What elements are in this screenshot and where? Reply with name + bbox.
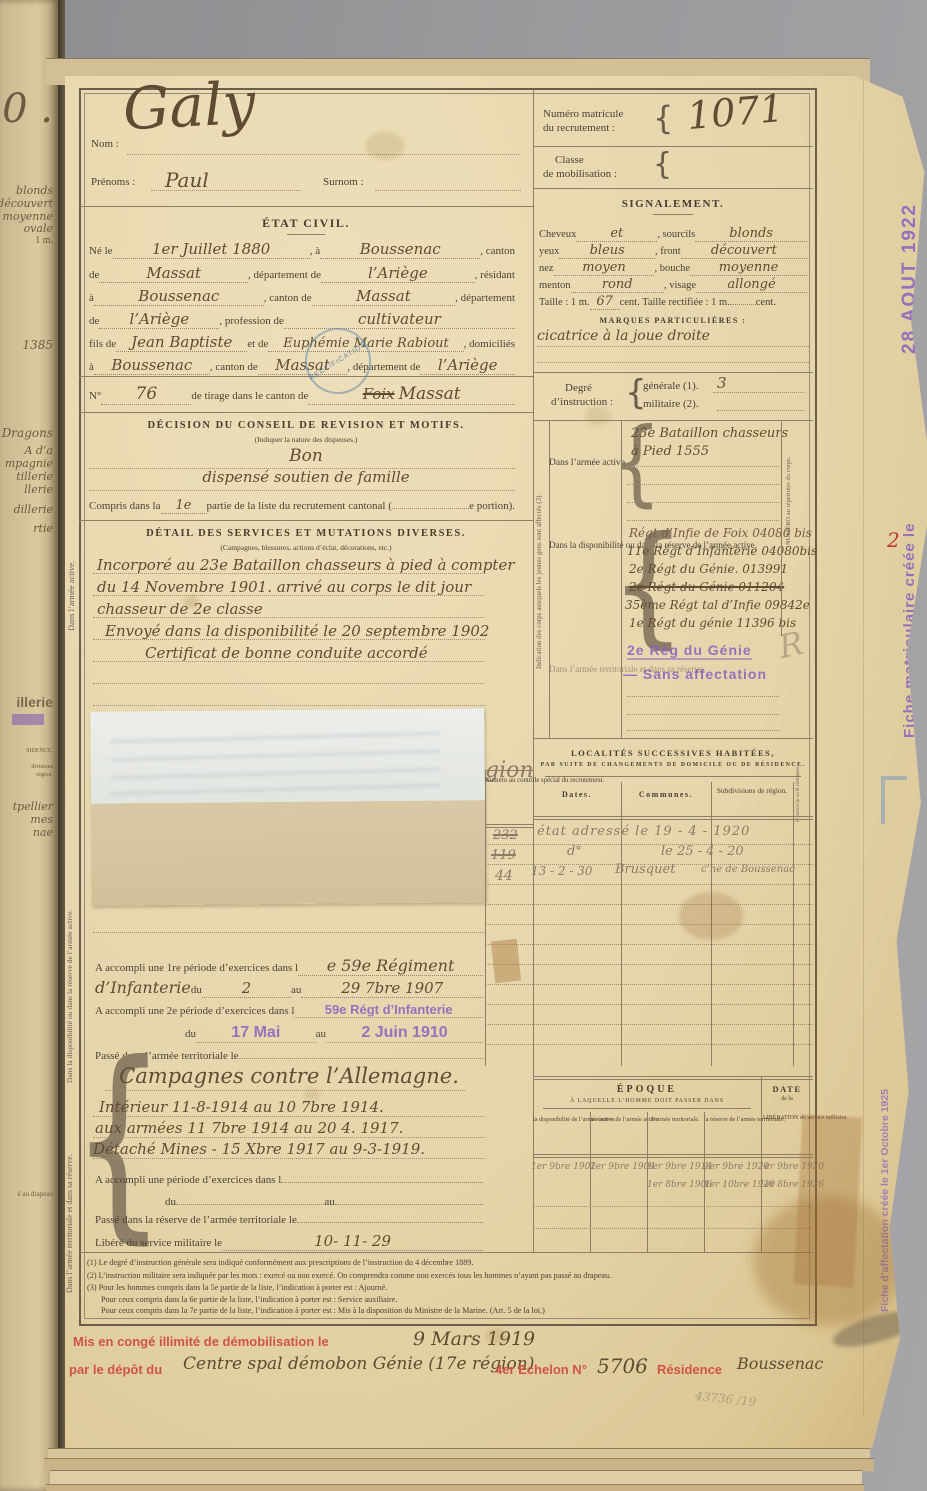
marques-value: cicatrice à la joue droite [537, 328, 710, 344]
sheet-edge [46, 1484, 864, 1491]
table-line [590, 1112, 591, 1252]
corps-dispo-entry: 1e Régt du génie 11396 bis [629, 616, 796, 630]
date-received-stamp: 28 AOUT 1922 [899, 172, 923, 384]
periode-1-to: 29 7bre 1907 [301, 979, 483, 998]
campagne-entry: aux armées 11 7bre 1914 au 20 4. 1917. [95, 1119, 403, 1137]
campagne-entry: Intérieur 11-8-1914 au 10 7bre 1914. [99, 1098, 384, 1116]
name-line [127, 154, 519, 155]
title-rule [653, 214, 693, 215]
service-entry: du 14 Novembre 1901. arrivé au corps le … [97, 578, 471, 596]
residence-value: Boussenac [94, 287, 264, 306]
fragment-handwriting: rtie [33, 522, 53, 535]
table-line [533, 1076, 813, 1080]
rule [717, 410, 805, 411]
rule [533, 1206, 813, 1207]
rule [93, 1116, 485, 1117]
fragment-handwriting: A d’a [24, 444, 53, 457]
corps-dispo-entry: 35ème Régt tal d’Infie 09842e [625, 598, 810, 612]
demob-stamp-1: Mis en congé illimité de démobilisation … [73, 1334, 329, 1349]
instruction-generale-value: 3 [717, 374, 727, 392]
libere-date: 10- 11- 29 [222, 1232, 483, 1251]
epoque-value-2: 1er 10bre 1920 [704, 1180, 761, 1190]
demob-stamp-4: Résidence [657, 1362, 722, 1377]
demob-depot: Centre spal démobon Génie (17e région) [183, 1354, 534, 1374]
tirage-line: N° 76 de tirage dans le canton de Foix M… [89, 384, 515, 405]
canton-value: Massat [99, 264, 248, 283]
rule [627, 502, 779, 503]
separator [79, 376, 533, 377]
rule [485, 1024, 813, 1025]
nez-value: moyen [554, 260, 655, 276]
rule [105, 1090, 465, 1091]
fragment-purple-stamp: illerie [16, 694, 53, 710]
campagnes-title: Campagnes contre l’Allemagne. [95, 1064, 483, 1088]
epoque-col-1: la disponibilité de l’armée active. [533, 1116, 590, 1125]
col-dates: Dates. [533, 790, 621, 799]
localite-row-date2: le 25 - 4 - 20 [661, 844, 744, 859]
surname-line [375, 190, 521, 191]
corps-active-label: Dans l’armée active. [549, 456, 621, 470]
rule [713, 392, 805, 393]
footnote-5: Pour ceux compris dans la 7e partie de l… [101, 1306, 809, 1315]
tirage-number: 76 [101, 384, 191, 405]
rule [485, 1044, 813, 1045]
page-binding-gap [58, 0, 65, 1491]
corps-dispo-entry-struck: 2e Régt du Génie 011204 [629, 580, 784, 594]
localites-subtitle: PAR SUITE DE CHANGEMENTS DE DOMICILE OU … [533, 762, 813, 768]
footnote-4: Pour ceux compris dans la 6e partie de l… [101, 1295, 809, 1304]
fragment-handwriting: ovale [24, 222, 53, 235]
stain [585, 406, 611, 426]
service-entry: Incorporé au 23e Bataillon chasseurs à p… [97, 556, 515, 574]
table-line [533, 1154, 813, 1158]
brace: { [653, 102, 673, 134]
controle-entry-struck: 232 [493, 828, 518, 843]
rule [93, 595, 485, 596]
localite-row3-commune: Brusquet [615, 862, 675, 877]
marques-title: MARQUES PARTICULIÈRES : [533, 316, 813, 325]
ink-bleed-line [110, 732, 440, 744]
periode-2-corps-stamp: 59e Régt d’Infanterie [294, 1002, 483, 1018]
tape-piece [491, 939, 521, 983]
parents-departement: l’Ariège [420, 356, 515, 375]
services-subtitle: (Campagnes, blessures, actions d’éclat, … [79, 543, 533, 552]
fragment-print: divisions [31, 764, 53, 770]
signalement-row-cheveux: Cheveux et , sourcils blonds [539, 226, 807, 242]
rule [93, 617, 485, 618]
tirage-canton-struck: Foix [363, 385, 395, 403]
fragment-handwriting: Dragons [2, 426, 53, 440]
corps-numero-label: NUMÉRO au répertoire du corps. [785, 426, 809, 576]
table-line [485, 770, 486, 1066]
corps-territoriale-label: Dans l’armée territoriale et dans sa rés… [549, 662, 621, 676]
matricule-label-1: Numéro matricule [543, 108, 623, 120]
birth-date: 1er Juillet 1880 [113, 240, 310, 259]
table-line [485, 770, 533, 771]
separator [79, 1252, 813, 1253]
residence-departement: l’Ariège [99, 310, 219, 329]
taille-value: 67 [590, 294, 620, 310]
localite-row3-subdiv: c’ne de Boussenac [701, 864, 795, 875]
rule [537, 362, 809, 363]
demob-date: 9 Mars 1919 [413, 1328, 535, 1350]
stain [485, 1328, 507, 1344]
side-label-disponibilite: Dans la disponibilité ou dans la réserve… [65, 876, 82, 1116]
etat-civil-title: ÉTAT CIVIL. [79, 216, 533, 231]
date-col-sub: de la [761, 1096, 813, 1102]
fragment-print: 1 m. [35, 235, 53, 246]
table-line [781, 420, 782, 636]
corps-dispo-entry: 2e Régt du Génie. 013991 [629, 562, 788, 576]
epoque-value: 1er 9bre 1904 [590, 1162, 647, 1172]
stain [365, 132, 405, 160]
signalement-row-nez: nez moyen , bouche moyenne [539, 260, 807, 276]
father-name: Jean Baptiste [116, 333, 247, 352]
controle-entry-struck: 119 [491, 848, 516, 863]
separator [533, 146, 813, 147]
tape-residue [794, 1115, 863, 1288]
yeux-value: bleus [559, 243, 655, 259]
title-rule [287, 234, 325, 235]
rule [537, 346, 809, 347]
footnote-1: (1) Le degré d’instruction générale sera… [87, 1258, 809, 1267]
fragment-handwriting: llerie [24, 483, 53, 496]
fragment-handwriting: blonds [16, 184, 53, 197]
campagne-entry: Détaché Mines - 15 Xbre 1917 au 9-3-1919… [93, 1140, 425, 1158]
separator [533, 738, 813, 739]
rule [93, 705, 485, 706]
pencil-reference: 43736 /19 [694, 1389, 756, 1409]
red-annotation: 2 [887, 528, 900, 552]
compris-line: Compris dans la 1e partie de la liste du… [89, 498, 515, 514]
periode-2-line-1: A accompli une 2e période d’exercices da… [95, 1002, 483, 1018]
rule [543, 1108, 751, 1109]
periode-terr-dates: du au [165, 1196, 483, 1208]
classe-label-2: de mobilisation : [543, 168, 617, 180]
footnote-3: (3) Pour les hommes compris dans la 5e p… [87, 1283, 809, 1292]
fragment-handwriting: mpagnie [5, 457, 53, 470]
controle-label: Numéro au contrôle spécial du recrutemen… [485, 776, 533, 786]
localite-row: état adressé le 19 - 4 - 1920 [537, 824, 750, 839]
separator [79, 412, 533, 413]
menton-value: rond [571, 277, 664, 293]
rule [485, 1004, 813, 1005]
residence-line-1: à Boussenac , canton de Massat , départe… [89, 287, 515, 306]
service-entry: chasseur de 2e classe [97, 600, 263, 618]
birth-line-1: Né le 1er Juillet 1880 , à Boussenac , c… [89, 240, 515, 259]
epoque-col-4: la réserve de l’armée territoriale. [704, 1116, 761, 1125]
name-label: Nom : [91, 138, 119, 150]
fiche-affectation-stamp: Fiche d’affectation créée le 1er Octobre… [879, 956, 895, 1446]
rule [485, 964, 813, 965]
parents-residence: Boussenac [94, 356, 210, 375]
epoque-title: ÉPOQUE [533, 1084, 761, 1095]
epoque-col-2: la réserve de l’armée active. [590, 1116, 647, 1125]
ink-bleed-line [111, 768, 441, 780]
separator [533, 188, 813, 189]
epoque-col-3: l’armée territoriale. [647, 1116, 704, 1125]
rule [627, 466, 779, 467]
periode-1-line-2: d’Infanterie du 2 au 29 7bre 1907 [95, 978, 483, 998]
rule [93, 1158, 485, 1159]
separator [533, 420, 813, 421]
firstname-value: Paul [165, 168, 209, 192]
rule [93, 573, 485, 574]
side-label-territoriale: Dans l’armée territoriale et dans sa rés… [65, 1124, 82, 1324]
birth-line-2: de Massat , département de l’Ariège , ré… [89, 264, 515, 283]
sheet-edge [50, 1470, 862, 1485]
periode-terr-line: A accompli une période d’exercices dans … [95, 1174, 483, 1186]
rule [485, 844, 813, 845]
regiment-stamp: 2e Rég du Génie [627, 642, 752, 660]
rule [485, 904, 813, 905]
scanned-military-register-page: { "header": { "nom_label": "Nom :", "nom… [0, 0, 927, 1491]
sourcils-value: blonds [695, 226, 807, 242]
ink-bleed-line [111, 784, 441, 796]
fragment-handwriting: découvert [0, 197, 53, 210]
periode-2-line-2: du 17 Mai au 2 Juin 1910 [185, 1024, 483, 1043]
classe-label-1: Classe [555, 154, 584, 166]
glued-paper-patch [90, 708, 486, 905]
profession-value: cultivateur [284, 310, 515, 329]
residence-canton: Massat [312, 287, 455, 306]
bouche-value: moyenne [690, 260, 807, 276]
blue-crayon-mark [881, 776, 907, 824]
periode-1-from: 2 [202, 979, 291, 998]
periode-1-line-1: A accompli une 1re période d’exercices d… [95, 956, 483, 976]
service-entry: Envoyé dans la disponibilité le 20 septe… [105, 622, 489, 640]
periode-1-corps-suite: d’Infanterie [95, 978, 191, 997]
rule [93, 661, 485, 662]
departement-value: l’Ariège [321, 264, 475, 283]
parents-line-2: à Boussenac , canton de Massat , départe… [89, 356, 515, 375]
footnote-2: (2) L’instruction militaire sera indiqué… [87, 1271, 809, 1280]
fragment-handwriting: nae [33, 826, 53, 839]
fragment-print: é au drapeau [18, 1190, 53, 1198]
purple-stamp-block [12, 714, 44, 725]
patch-bottom [91, 800, 486, 905]
separator [533, 372, 813, 373]
rule [89, 490, 515, 491]
services-title: DÉTAIL DES SERVICES ET MUTATIONS DIVERSE… [79, 528, 533, 539]
epoque-value: 1er 9bre 1902 [531, 1162, 588, 1172]
fragment-number: 0 . [2, 86, 53, 132]
periode-2-from-stamp: 17 Mai [196, 1024, 316, 1043]
signalement-row-taille: Taille : 1 m. 67 cent. Taille rectifiée … [539, 294, 807, 310]
parents-line-1: fils de Jean Baptiste et de Euphémie Mar… [89, 333, 515, 352]
controle-entry: 44 [495, 868, 513, 884]
rule [485, 944, 813, 945]
localite-row-ditto: d° [567, 844, 582, 859]
epoque-value-2: 1er 8bre 1906 [647, 1180, 704, 1190]
localites-title: LOCALITÉS SUCCESSIVES HABITÉES, [533, 748, 813, 758]
liste-partie: 1e [161, 498, 207, 514]
visage-value: allongé [696, 277, 807, 293]
rule [485, 984, 813, 985]
brace: { [653, 150, 672, 180]
rule [93, 683, 485, 684]
decision-value-2: dispensé soutien de famille [79, 468, 533, 486]
fragment-print: région. [36, 772, 53, 778]
separator [79, 520, 533, 521]
stain [679, 892, 743, 940]
decision-subtitle: (Indiquer la nature des dispenses.) [79, 435, 533, 444]
rule [627, 730, 779, 731]
stain [183, 596, 199, 608]
localite-row3-date: 13 - 2 - 30 [531, 864, 593, 878]
fragment-handwriting: dillerie [14, 503, 53, 516]
passe-reserve-line: Passé dans la réserve de l’armée territo… [95, 1214, 483, 1226]
periode-1-corps: e 59e Régiment [298, 956, 483, 976]
rule [485, 884, 813, 885]
crease-line [863, 76, 864, 1416]
signalement-title: SIGNALEMENT. [533, 198, 813, 210]
cheveux-value: et [576, 226, 657, 242]
table-line [533, 816, 813, 820]
fragment-handwriting: tpellier [13, 800, 53, 813]
signalement-row-menton: menton rond , visage allongé [539, 277, 807, 293]
service-entry: Certificat de bonne conduite accordé [145, 644, 428, 662]
periode-2-to-stamp: 2 Juin 1910 [326, 1024, 483, 1043]
demob-residence: Boussenac [737, 1354, 823, 1373]
demob-stamp-2: par le dépôt du [69, 1362, 162, 1377]
fragment-print: SIDENCE. [26, 748, 53, 754]
matricule-value: 1071 [685, 86, 785, 138]
rule [485, 924, 813, 925]
corps-active-entry: 23e Bataillon chasseurs [631, 426, 788, 441]
patch-top [90, 708, 485, 803]
corps-active-entry: à Pied 1555 [631, 444, 709, 459]
matricule-label-2: du recrutement : [543, 122, 615, 134]
fragment-handwriting: 1385 [22, 338, 53, 352]
name-value: Galy [121, 69, 257, 144]
rule [93, 1137, 485, 1138]
rule [627, 714, 779, 715]
instruction-label-1: Degré [565, 382, 592, 394]
epoque-value: 1er 9bre 1920 [704, 1162, 761, 1172]
date-col-title: DATE [761, 1084, 813, 1094]
firstname-label: Prénoms : [91, 176, 135, 188]
fragment-handwriting: mes [30, 813, 53, 826]
demob-echelon-num: 5706 [597, 1354, 648, 1378]
epoque-subtitle: À LAQUELLE L’HOMME DOIT PASSER DANS [533, 1098, 761, 1104]
previous-page-edge: 0 . blonds découvert moyenne ovale 1 m. … [0, 0, 58, 1491]
rule [93, 639, 485, 640]
col-subdivisions: Subdivisions de région. [711, 786, 793, 796]
register-sheet: Nom : Galy Prénoms : Paul Surnom : Numér… [65, 76, 927, 1448]
front-value: découvert [681, 243, 807, 259]
rule [93, 932, 485, 933]
rule [627, 484, 779, 485]
decision-value-1: Bon [79, 446, 533, 466]
separator [79, 206, 533, 207]
fragment-handwriting: tillerie [16, 470, 53, 483]
epoque-value: 1er 9bre 1914 [647, 1162, 704, 1172]
corps-side-label: Indication des corps auxquels les jeunes… [535, 426, 547, 736]
residence-line-2: de l’Ariège , profession de cultivateur [89, 310, 515, 329]
libere-line: Libéré du service militaire le 10- 11- 2… [95, 1232, 483, 1251]
demob-stamp-3: 4er Echelon N° [495, 1362, 587, 1377]
rule [627, 696, 779, 697]
tirage-canton-value: Massat [399, 384, 461, 404]
ink-bleed-line [111, 750, 441, 762]
birth-place: Boussenac [320, 240, 480, 259]
decision-title: DÉCISION DU CONSEIL DE REVISION ET MOTIF… [79, 420, 533, 431]
side-label-armee-active: Dans l’armée active. [66, 506, 79, 686]
firstname-line [151, 190, 301, 191]
stain [303, 1088, 321, 1100]
col-communes: Communes. [621, 790, 711, 799]
surname-label: Surnom : [323, 176, 364, 188]
instruction-generale-label: générale (1). [643, 380, 699, 392]
signalement-row-yeux: yeux bleus , front découvert [539, 243, 807, 259]
